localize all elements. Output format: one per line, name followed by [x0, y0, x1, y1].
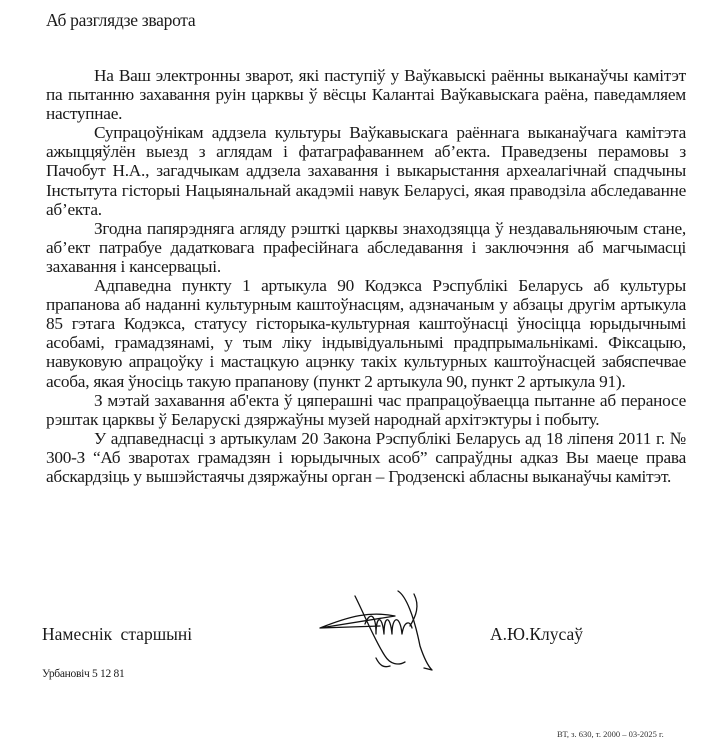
- letter-body: На Ваш электронны зварот, які паступіў у…: [46, 66, 686, 486]
- handwritten-signature-icon: [310, 586, 470, 686]
- signatory-title: Намеснік старшыні: [42, 624, 192, 645]
- paragraph-legal-basis: Адпаведна пункту 1 артыкула 90 Кодэкса Р…: [46, 276, 686, 391]
- paragraph-appeal: У адпаведнасці з артыкулам 20 Закона Рэс…: [46, 429, 686, 486]
- paragraph-inspection: Супрацоўнікам аддзела культуры Ваўкавыск…: [46, 123, 686, 218]
- signatory-name: А.Ю.Клусаў: [490, 624, 583, 645]
- paragraph-relocation: З мэтай захавання аб'екта ў цяперашні ча…: [46, 391, 686, 429]
- print-mark: ВТ, з. 630, т. 2000 – 03-2025 г.: [557, 729, 664, 739]
- document-subject: Аб разглядзе зварота: [46, 10, 195, 31]
- paragraph-intro: На Ваш электронны зварот, які паступіў у…: [46, 66, 686, 123]
- executor-contact: Урбановіч 5 12 81: [42, 668, 124, 680]
- paragraph-condition: Згодна папярэдняга агляду рэшткі царквы …: [46, 219, 686, 276]
